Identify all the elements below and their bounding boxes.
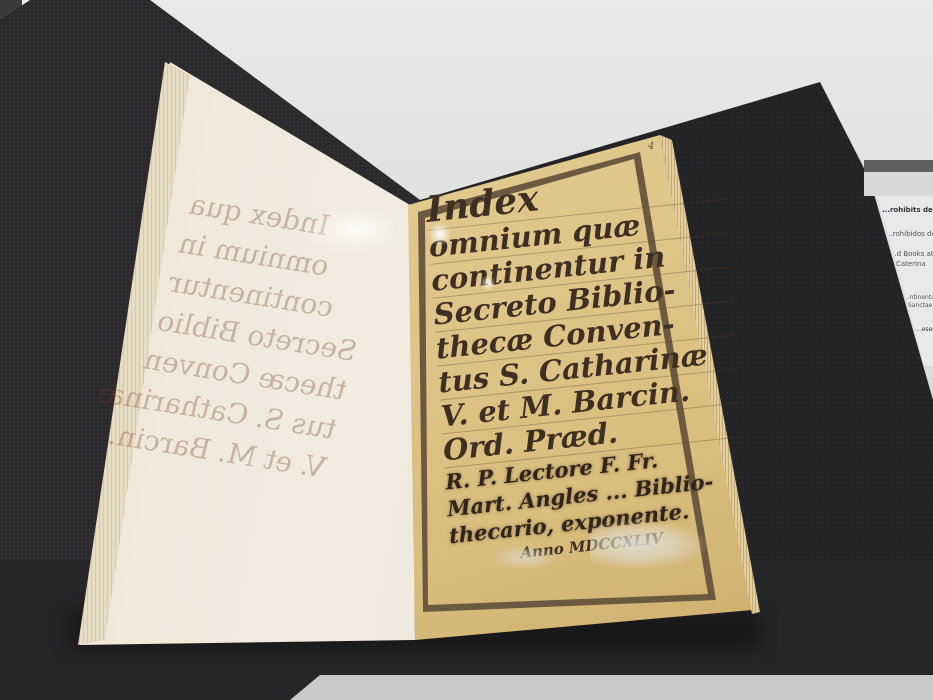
- label-line: ...rohibidos del...: [886, 230, 933, 238]
- label-line: ...ntinentur in: [904, 294, 933, 301]
- page-damage-patch: [490, 545, 560, 570]
- page-damage-patch: [590, 520, 710, 570]
- label-line: Sanctae: [908, 302, 932, 309]
- label-line: ...eserv...: [916, 326, 933, 333]
- label-line: Caterina: [896, 260, 926, 268]
- light-reflection: [428, 222, 452, 246]
- case-floor: [290, 675, 933, 700]
- museum-display-scene: ...rohibits del con... ...rohibidos del.…: [0, 0, 933, 700]
- glass-rail: [864, 160, 933, 172]
- light-reflection: [480, 275, 496, 291]
- glass-reflection: [300, 205, 410, 255]
- label-line: ...d Books at: [890, 250, 933, 258]
- label-line: ...rohibits del con...: [882, 206, 933, 214]
- glass-panel: [864, 172, 933, 196]
- page-number: 4: [648, 141, 654, 152]
